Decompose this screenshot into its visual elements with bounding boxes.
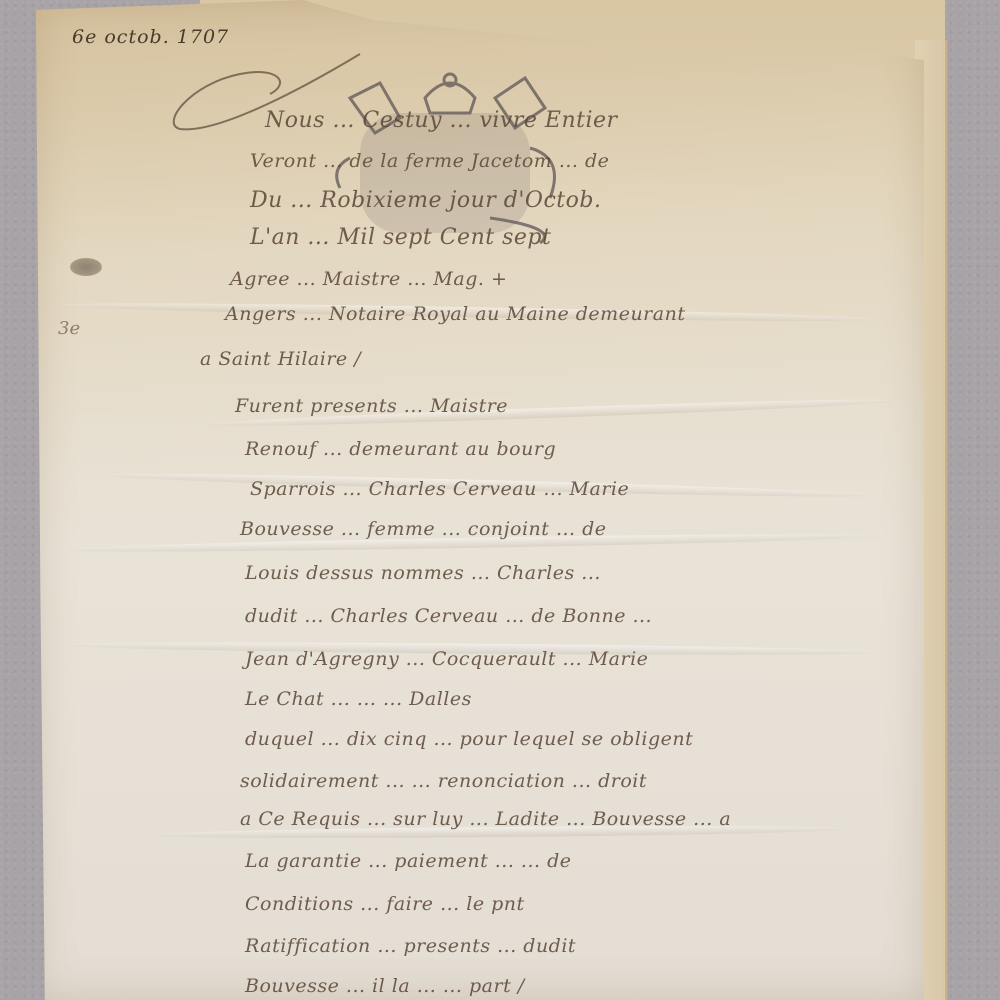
text-line: Du ... Robixieme jour d'Octob. xyxy=(250,188,601,213)
text-line: Furent presents ... Maistre xyxy=(235,395,508,417)
text-line: duquel ... dix cinq ... pour lequel se o… xyxy=(245,728,693,750)
text-line: Louis dessus nommes ... Charles ... xyxy=(245,562,601,584)
text-line: solidairement ... ... renonciation ... d… xyxy=(240,770,647,792)
text-line: Bouvesse ... il la ... ... part / xyxy=(245,975,525,997)
text-line: Veront ... de la ferme Jacetom ... de xyxy=(250,150,609,172)
text-line: a Ce Requis ... sur luy ... Ladite ... B… xyxy=(240,808,731,830)
text-line: Bouvesse ... femme ... conjoint ... de xyxy=(240,518,607,540)
text-line: Agree ... Maistre ... Mag. + xyxy=(230,268,507,290)
text-line: Nous ... Cestuy ... vivre Entier xyxy=(265,108,618,133)
text-line: Ratiffication ... presents ... dudit xyxy=(245,935,576,957)
text-line: Sparrois ... Charles Cerveau ... Marie xyxy=(250,478,629,500)
text-line: a Saint Hilaire / xyxy=(200,348,361,370)
margin-note: 3e xyxy=(58,318,80,339)
text-line: Conditions ... faire ... le pnt xyxy=(245,893,525,915)
text-line: Le Chat ... ... ... Dalles xyxy=(245,688,472,710)
text-line: Renouf ... demeurant au bourg xyxy=(245,438,556,460)
parchment-hole xyxy=(70,258,102,276)
text-line: La garantie ... paiement ... ... de xyxy=(245,850,571,872)
text-line: L'an ... Mil sept Cent sept xyxy=(250,225,551,250)
text-line: Angers ... Notaire Royal au Maine demeur… xyxy=(225,303,685,325)
text-line: Jean d'Agregny ... Cocquerault ... Marie xyxy=(245,648,648,670)
text-line: dudit ... Charles Cerveau ... de Bonne .… xyxy=(245,605,652,627)
